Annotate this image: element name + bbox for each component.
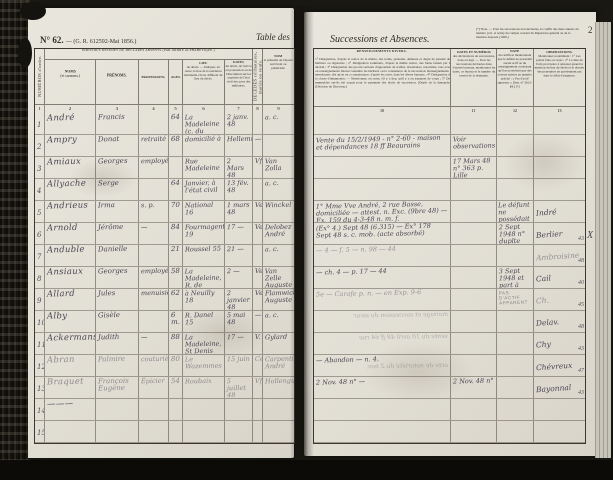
folio-number: 48	[578, 324, 584, 330]
clerk-signature: Ch.	[536, 297, 549, 306]
cell-lieu: domicilié à	[183, 135, 225, 156]
cell-prenoms: Jérôme	[96, 223, 139, 244]
right-table: RENSEIGNEMENTS DIVERS. 1° Désignation, d…	[313, 48, 586, 444]
row-number: 9	[37, 297, 41, 305]
cell-observations	[534, 157, 585, 178]
age-handwritten: 62	[171, 290, 180, 298]
cell-nom: Alby	[45, 311, 96, 332]
cell-age: 68	[169, 135, 183, 156]
declaration-date-handwritten	[453, 289, 494, 290]
cell-date: 2 —	[225, 267, 253, 288]
profession-handwritten: employé	[141, 268, 166, 275]
profession-handwritten	[141, 180, 166, 181]
cell-date-numero: 17 Mars 48 n° 363 p. Lille	[451, 157, 497, 178]
cell-date-numero	[451, 355, 497, 376]
folio-number: 48	[578, 258, 584, 264]
place-of-death-handwritten: Janvier, à l'état civil	[185, 180, 222, 195]
declaration-date-handwritten	[453, 355, 494, 356]
declaration-date-handwritten	[453, 399, 494, 400]
folio-number: 47	[578, 368, 584, 374]
cell-renseignements: Vente du 15/2/1949 - n° 2-60 - maison et…	[314, 135, 451, 156]
col-ages-label: AGES.	[171, 76, 181, 79]
cell-age: 58	[169, 267, 183, 288]
cell-date: 5 mai 48	[225, 311, 253, 332]
age-handwritten: 64	[171, 180, 180, 188]
cell-profession	[139, 113, 169, 134]
place-of-death-handwritten: Fourmagent 19	[185, 224, 222, 239]
no-assets-stamp	[499, 157, 531, 158]
age-handwritten: 64	[171, 114, 180, 122]
cell-etat: Ve	[253, 201, 263, 222]
firstname-handwritten: François Eugène	[98, 378, 136, 394]
place-of-death-handwritten: R. Danel 15	[185, 312, 222, 327]
declaration-date-handwritten	[453, 311, 494, 312]
left-table: NUMÉROS d'ordre. INDIVIDUS DÉCÉDÉS OU DÉ…	[34, 48, 295, 444]
cell-etat	[253, 179, 263, 200]
cell-age	[169, 399, 183, 420]
cell-renseignements	[314, 421, 451, 442]
cell-profession: s. p.	[139, 201, 169, 222]
col-num: 3	[96, 105, 139, 113]
cell-date: 21 —	[225, 245, 253, 266]
place-of-death-handwritten: Roussel 55	[185, 246, 222, 254]
cell-date: Hellemmes	[225, 135, 253, 156]
spouse-handwritten: Flamwick Auguste	[265, 290, 292, 304]
cell-date: 17 —	[225, 333, 253, 354]
cell-profession	[139, 311, 169, 332]
cell-renseignements: — 4 — f. 5 — n. 98 — 44	[314, 245, 451, 266]
age-handwritten: 88	[171, 334, 180, 342]
cell-renseignements	[314, 399, 451, 420]
register-row: 9 Allard Jules menuisier 62 à Neuilly 18…	[35, 289, 294, 311]
cell-certificat	[497, 157, 534, 178]
marital-status-handwritten: Cé	[255, 356, 260, 363]
cell-observations: Chy 43	[534, 333, 585, 354]
date-of-death-handwritten: Hellemmes	[227, 136, 250, 143]
cell-etat: —	[253, 135, 263, 156]
certificate-handwritten	[499, 422, 531, 423]
no-assets-stamp	[499, 113, 531, 114]
certificate-handwritten	[499, 158, 531, 159]
col-noms-label: NOMS	[64, 70, 75, 74]
cell-numero: 2	[35, 135, 45, 156]
marital-status-handwritten: —	[255, 312, 260, 319]
cell-observations: Cail 40	[534, 267, 585, 288]
cell-etat	[253, 113, 263, 134]
spouse-handwritten: Carpentier André	[265, 356, 292, 370]
cell-certificat	[497, 135, 534, 156]
cell-date: 2 janvier 48	[225, 289, 253, 310]
cell-numero: 3	[35, 157, 45, 178]
annotation-row: — ch. 4 — p. 17 — 44 3 Sept 1948 et part…	[314, 267, 585, 289]
cell-certificat	[497, 333, 534, 354]
cell-lieu: à Neuilly 18	[183, 289, 225, 310]
renseignements-handwritten: 1° Mme Vve André, 2 rue Basse, domicilié…	[316, 201, 448, 222]
register-row: 11 Ackermans Judith — 88 La Madeleine, S…	[35, 333, 294, 355]
spouse-handwritten: Van Zolla	[265, 158, 292, 172]
cell-date: 17 —	[225, 223, 253, 244]
cell-certificat: Le défunt ne possédait aucun actif mobil…	[497, 201, 534, 222]
cell-etat	[253, 421, 263, 442]
profession-handwritten: retraité	[141, 136, 166, 143]
spouse-handwritten: a. c.	[265, 246, 292, 253]
date-of-death-handwritten: 17 —	[227, 224, 250, 231]
renseignements-handwritten	[316, 157, 448, 160]
certificate-handwritten	[499, 334, 531, 335]
cell-lieu: Roussel 55	[183, 245, 225, 266]
clerk-signature: Chy	[536, 340, 551, 349]
ink-bleedthrough	[316, 179, 448, 181]
row-number: 13	[37, 385, 45, 393]
cell-renseignements: 5e — Carafe p. n. — en Exp. 9-6	[314, 289, 451, 310]
page-number: 2	[588, 25, 593, 35]
cell-date-numero	[451, 311, 497, 332]
certificate-handwritten: Le défunt ne possédait aucun actif mobil…	[498, 202, 532, 222]
cell-observations	[534, 135, 585, 156]
col-num: 7	[225, 105, 253, 113]
cell-age	[169, 157, 183, 178]
cell-renseignements: mariage et succession du sieur	[314, 311, 451, 332]
scan-background-bottom	[0, 460, 613, 480]
cell-profession: —	[139, 333, 169, 354]
cell-prenoms: Georges	[96, 267, 139, 288]
age-handwritten: 68	[171, 136, 180, 144]
date-of-death-handwritten: 21 —	[227, 246, 250, 253]
row-number: 14	[37, 407, 45, 415]
surname-handwritten: Braquet	[47, 377, 93, 387]
annotation-row: vente du 10 avril 48 ff 64 rue Chy 43	[314, 333, 585, 355]
cell-renseignements: 1° Mme Vve André, 2 rue Basse, domicilié…	[314, 201, 451, 222]
cell-date-numero	[451, 223, 497, 244]
cell-numero: 11	[35, 333, 45, 354]
scanned-register-spread: N° 62. — (G. R. 612592-Mai 1856.) Table …	[0, 0, 613, 480]
cell-renseignements	[314, 179, 451, 200]
surname-handwritten: Ansiaux	[47, 267, 93, 277]
profession-handwritten: s. p.	[141, 202, 166, 209]
cell-nom: André	[45, 113, 96, 134]
column-numbers-row: 1 2 3 4 5 6 7 8 9	[35, 105, 294, 113]
clerk-signature: Berlier	[536, 230, 563, 240]
marital-status-handwritten: Ve	[255, 290, 260, 297]
no-assets-stamp	[499, 135, 531, 136]
cell-nom: Abran	[45, 355, 96, 376]
cell-etat	[253, 245, 263, 266]
cell-observations	[534, 421, 585, 442]
date-of-death-handwritten: 2 —	[227, 268, 250, 275]
spouse-handwritten: Van Zelle Auguste	[265, 268, 292, 288]
surname-handwritten: Abran	[47, 355, 93, 365]
cell-nom: Allyache	[45, 179, 96, 200]
surname-handwritten: Andrieus	[47, 201, 93, 211]
row-number: 6	[37, 231, 41, 239]
annotation-row	[314, 399, 585, 421]
col-num: 5	[169, 105, 183, 113]
certificate-handwritten	[499, 400, 531, 401]
certificate-handwritten	[499, 378, 531, 379]
right-table-rows: Vente du 15/2/1949 - n° 2-60 - maison et…	[314, 113, 585, 443]
spouse-handwritten	[265, 136, 292, 137]
place-of-death-handwritten: La Madeleine, R. de Flandre	[185, 268, 223, 288]
row-number: 15	[37, 429, 45, 437]
renseignements-paragraphs: 1° Désignation, d'après la notice de la …	[314, 58, 451, 89]
surname-handwritten: Ackermans	[47, 333, 93, 343]
renseignements-handwritten: — ch. 4 — p. 17 — 44	[316, 267, 448, 276]
firstname-handwritten: Jules	[98, 290, 136, 298]
cell-prenoms: Gisèle	[96, 311, 139, 332]
marital-status-handwritten: Vf	[255, 158, 260, 165]
no-assets-stamp	[499, 333, 531, 334]
cell-date	[225, 399, 253, 420]
folio-number: 43	[578, 236, 584, 242]
cell-date-numero	[451, 179, 497, 200]
firstname-handwritten: Irma	[98, 202, 136, 210]
cell-age: 64	[169, 113, 183, 134]
col-decedes-label: DÉCÉDÉS célibataires, mariés ou veufs.	[253, 49, 262, 104]
col-observations-label: OBSERVATIONS.	[546, 51, 572, 54]
surname-handwritten: Amiaux	[47, 157, 93, 167]
cell-date: 5 juillet 48	[225, 377, 253, 398]
cell-age	[169, 421, 183, 442]
cell-date-numero	[451, 421, 497, 442]
row-number: 11	[37, 341, 45, 349]
firstname-handwritten: Danielle	[98, 246, 136, 254]
annotation-row: Vente du 15/2/1949 - n° 2-60 - maison et…	[314, 135, 585, 157]
cell-date-numero	[451, 201, 497, 222]
declaration-date-handwritten	[453, 179, 494, 180]
clerk-signature: Indré	[536, 208, 557, 217]
cell-prenoms: Judith	[96, 333, 139, 354]
declaration-date-handwritten: 17 Mars 48 n° 363 p. Lille	[453, 158, 494, 178]
cell-nom: Braquet	[45, 377, 96, 398]
cell-numero: 13	[35, 377, 45, 398]
cell-profession: employé	[139, 157, 169, 178]
declaration-date-handwritten: 2 Nov. 48 n°	[453, 378, 494, 386]
cell-etat: Vf	[253, 377, 263, 398]
cell-numero: 5	[35, 201, 45, 222]
place-of-death-handwritten: à Neuilly 18	[185, 290, 222, 305]
cell-lieu: La Madeleine, St Denis 78	[183, 333, 225, 354]
cell-numero: 1	[35, 113, 45, 134]
profession-handwritten	[141, 114, 166, 115]
spouse-handwritten: Winckel	[265, 202, 292, 209]
cell-lieu: Fourmagent 19	[183, 223, 225, 244]
cell-certificat	[497, 399, 534, 420]
renseignements-handwritten: (Ex° 4.) Sept 48 (6.315) — Ex° 178 Sept …	[316, 223, 448, 239]
cell-observations: Indré	[534, 201, 585, 222]
col-epoux-sub: et prénoms de l'époux survivant ou prédé…	[264, 59, 293, 70]
cell-etat: Ve	[253, 267, 263, 288]
cell-numero: 14	[35, 399, 45, 420]
col-lieu-sub: du décès. — Indiquer, en outre, le lieu …	[184, 66, 222, 81]
firstname-handwritten: Donat	[98, 136, 136, 144]
cell-certificat	[497, 245, 534, 266]
register-left-page: N° 62. — (G. R. 612592-Mai 1856.) Table …	[28, 8, 294, 458]
no-assets-stamp	[499, 355, 531, 356]
cell-certificat	[497, 179, 534, 200]
spouse-handwritten: a. c.	[265, 114, 292, 121]
renseignements-handwritten: Vente du 15/2/1949 - n° 2-60 - maison et…	[316, 135, 448, 151]
register-row: 15	[35, 421, 294, 443]
col-dates-label: DATES	[233, 61, 244, 64]
cell-age: 54	[169, 377, 183, 398]
cell-profession: —	[139, 223, 169, 244]
annotation-row	[314, 113, 585, 135]
marital-status-handwritten: Ve	[255, 268, 260, 275]
cell-etat: Vf	[253, 157, 263, 178]
cell-profession	[139, 245, 169, 266]
marital-status-handwritten: V.	[255, 334, 260, 341]
cell-prenoms: Danielle	[96, 245, 139, 266]
age-handwritten: 6 m.	[171, 312, 180, 327]
cell-etat: Ve	[253, 289, 263, 310]
col-professions-label: PROFESSIONS.	[142, 76, 166, 79]
clerk-signature: Cail	[536, 274, 552, 283]
col-header-noms: NOMS (et surnoms.)	[45, 60, 96, 105]
declaration-date-handwritten	[453, 267, 494, 268]
col-header-ages: AGES.	[169, 60, 183, 105]
col-dates-sub: du décès, de l'envoi en possession ou de…	[225, 65, 251, 88]
cell-certificat	[497, 377, 534, 398]
col-noms-sub: (et surnoms.)	[60, 74, 80, 78]
folio-number: 43	[578, 346, 584, 352]
ink-bleedthrough: vente du 10 avril 48 ff 64 rue	[316, 333, 448, 342]
marital-status-handwritten: Ve	[255, 224, 260, 231]
no-assets-stamp	[499, 311, 531, 312]
date-of-death-handwritten: 5 mai 48	[227, 312, 250, 326]
declaration-date-handwritten	[453, 223, 494, 224]
cell-numero: 6	[35, 223, 45, 244]
profession-handwritten	[141, 400, 166, 401]
cell-date: 13 fév. 48	[225, 179, 253, 200]
cell-etat	[253, 399, 263, 420]
profession-handwritten: —	[141, 334, 166, 341]
cell-observations	[534, 399, 585, 420]
place-of-death-handwritten: Roubaix	[185, 378, 222, 386]
section-title-band: INDIVIDUS DÉCÉDÉS OU DÉCLARÉS ABSENTS (P…	[45, 49, 253, 60]
cell-date-numero	[451, 333, 497, 354]
cell-renseignements: vente du 10 avril 48 ff 64 rue	[314, 333, 451, 354]
cell-certificat	[497, 113, 534, 134]
cell-nom: ———	[45, 399, 96, 420]
annotation-row	[314, 421, 585, 443]
declaration-date-handwritten	[453, 245, 494, 246]
date-of-death-handwritten: 1 mars 48	[227, 202, 250, 216]
col-num: 6	[183, 105, 225, 113]
left-table-rows: 1 André Francis 64 La Madeleine (c. du N…	[35, 113, 294, 443]
place-of-death-handwritten: Rue Madeleine	[185, 158, 222, 173]
cell-nom: Anduble	[45, 245, 96, 266]
cell-numero: 8	[35, 267, 45, 288]
cell-renseignements	[314, 157, 451, 178]
cell-prenoms: Serge	[96, 179, 139, 200]
col-header-dates: DATES du décès, de l'envoi en possession…	[225, 60, 253, 105]
cell-profession	[139, 399, 169, 420]
no-assets-stamp	[499, 377, 531, 378]
date-of-death-handwritten: 2 janv. 48	[227, 114, 250, 128]
cell-prenoms: Palmire	[96, 355, 139, 376]
firstname-handwritten: Francis	[98, 114, 136, 122]
cell-nom: Ackermans	[45, 333, 96, 354]
cell-date-numero	[451, 399, 497, 420]
certificate-handwritten	[499, 114, 531, 115]
register-row: 7 Anduble Danielle 21 Roussel 55 21 — a.…	[35, 245, 294, 267]
profession-handwritten	[141, 312, 166, 313]
ink-bleedthrough: acte de notoriété du 2 nov.	[316, 362, 448, 371]
profession-handwritten: employé	[141, 158, 166, 165]
certificate-handwritten	[499, 312, 531, 313]
renseignements-handwritten	[316, 399, 448, 402]
folio-number: 40	[578, 280, 584, 286]
spouse-handwritten: Delobez André	[265, 224, 292, 238]
cell-prenoms: Jules	[96, 289, 139, 310]
spouse-handwritten	[265, 400, 292, 401]
cell-date-numero	[451, 245, 497, 266]
cell-etat: V.	[253, 333, 263, 354]
date-of-death-handwritten	[227, 422, 250, 423]
cell-observations: Bayonnal 43	[534, 377, 585, 398]
spouse-handwritten: Gylard	[265, 334, 292, 341]
renseignements-handwritten: — 4 — f. 5 — n. 98 — 44	[316, 245, 448, 254]
row-number: 12	[37, 363, 45, 371]
section-title: INDIVIDUS DÉCÉDÉS OU DÉCLARÉS ABSENTS (P…	[45, 49, 252, 53]
cell-observations	[534, 179, 585, 200]
col-header-dates-numeros: DATES ET NUMÉROS des déclarations de suc…	[451, 49, 497, 107]
marital-status-handwritten: Vf	[255, 378, 260, 385]
cell-etat: Ve	[253, 223, 263, 244]
cell-observations	[534, 113, 585, 134]
surname-handwritten: André	[47, 113, 93, 123]
cell-profession: retraité	[139, 135, 169, 156]
firstname-handwritten: Jérôme	[98, 224, 136, 232]
folio-number: 45	[578, 302, 584, 308]
cell-lieu: R. Danel 15	[183, 311, 225, 332]
register-right-page: 2 Successions et Absences. (*) Nota. — P…	[304, 12, 596, 456]
page-gutter-shadow	[290, 6, 314, 458]
firstname-handwritten: Georges	[98, 158, 136, 166]
cell-age: 84	[169, 223, 183, 244]
cell-nom: Andrieus	[45, 201, 96, 222]
renseignements-handwritten: 2 Nov. 48 n° —	[316, 377, 448, 386]
cell-lieu	[183, 399, 225, 420]
surname-handwritten: Ampry	[47, 135, 93, 145]
declaration-date-handwritten: Voir observations	[453, 136, 494, 151]
cell-observations: Ch. 45	[534, 289, 585, 310]
col-header-prenoms: PRÉNOMS.	[96, 60, 139, 105]
place-of-death-handwritten: domicilié à	[185, 136, 222, 144]
cell-profession: couturière	[139, 355, 169, 376]
surname-handwritten: Allyache	[47, 179, 93, 189]
clerk-signature: Ambroisine	[536, 251, 580, 262]
cell-age: 70	[169, 201, 183, 222]
renseignements-handwritten: 5e — Carafe p. n. — en Exp. 9-6	[316, 289, 448, 298]
firstname-handwritten: Georges	[98, 268, 136, 276]
register-row: 5 Andrieus Irma s. p. 70 National 16 1 m…	[35, 201, 294, 223]
right-table-header: RENSEIGNEMENTS DIVERS. 1° Désignation, d…	[314, 49, 585, 113]
torn-edge	[18, 38, 32, 68]
col-dates-numeros-label: DATES ET NUMÉROS	[457, 51, 491, 54]
no-assets-stamp	[499, 421, 531, 422]
cell-nom: Ampry	[45, 135, 96, 156]
surname-handwritten: Arnold	[47, 223, 93, 233]
cell-date: 1 mars 48	[225, 201, 253, 222]
cell-certificat: PAS D'ACTIF APPARENT	[497, 289, 534, 310]
surname-handwritten: Allard	[47, 289, 93, 299]
firstname-handwritten: Judith	[98, 334, 136, 342]
register-row: 10 Alby Gisèle 6 m. R. Danel 15 5 mai 48…	[35, 311, 294, 333]
cell-numero: 15	[35, 421, 45, 442]
col-observations-sub: Mentionner notamment : 1° Les points fai…	[535, 55, 585, 78]
profession-handwritten: menuisier	[141, 290, 166, 297]
